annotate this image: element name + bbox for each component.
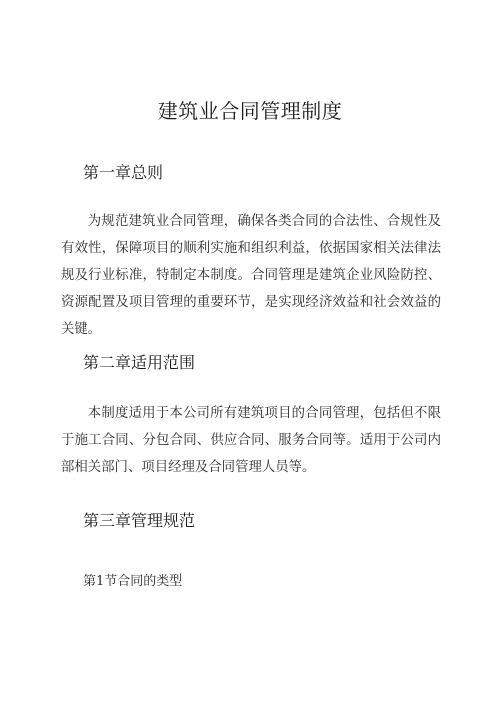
chapter-2-paragraph: 本制度适用于本公司所有建筑项目的合同管理，包括但不限于施工合同、分包合同、供应合… bbox=[61, 400, 441, 481]
document-title: 建筑业合同管理制度 bbox=[0, 95, 500, 124]
section-heading: 第1节合同的类型 bbox=[83, 570, 182, 589]
document-page: 建筑业合同管理制度 第一章总则 为规范建筑业合同管理，确保各类合同的合法性、合规… bbox=[0, 0, 500, 707]
chapter-3-heading: 第三章管理规范 bbox=[83, 508, 195, 531]
chapter-2-heading: 第二章适用范围 bbox=[83, 350, 195, 373]
chapter-1-heading: 第一章总则 bbox=[83, 160, 163, 183]
chapter-1-paragraph: 为规范建筑业合同管理，确保各类合同的合法性、合规性及有效性，保障项目的顺利实施和… bbox=[61, 208, 441, 343]
